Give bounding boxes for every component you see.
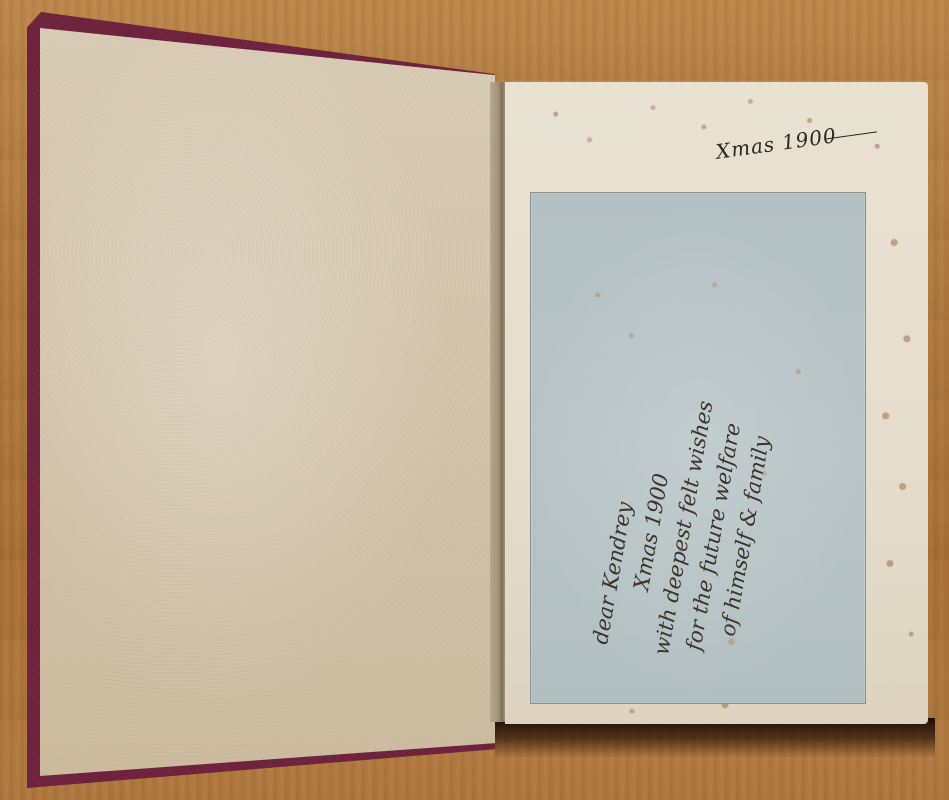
card-line: Xmas 1900 — [616, 233, 719, 652]
book-shadow — [495, 718, 935, 758]
inscription-card: dear Kendrey Xmas 1900 with deepest felt… — [530, 192, 866, 704]
card-line: with deepest felt wishes — [646, 238, 749, 657]
card-line: for the future welfare — [677, 244, 780, 663]
card-handwriting: dear Kendrey Xmas 1900 with deepest felt… — [585, 228, 811, 669]
card-line: of himself & family — [707, 249, 810, 668]
left-pastedown-page — [40, 28, 495, 776]
card-line: dear Kendrey — [585, 228, 688, 647]
